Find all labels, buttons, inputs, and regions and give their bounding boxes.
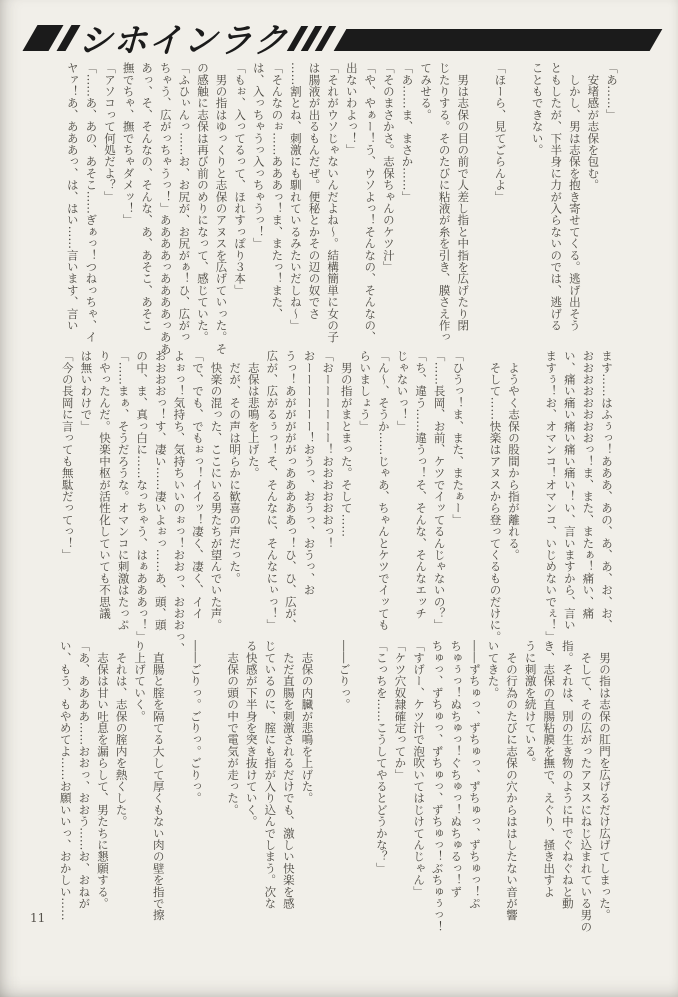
text-column: 「で、でも、でもぉっ！イイッ！凄く、凄く、イイ — [188, 350, 207, 644]
text-column: ただ直腸を刺激されるだけでも、激しい快楽を感 — [279, 640, 298, 934]
text-column: 「そんなのぉ……あああっ！ま、またっ！また、 — [268, 62, 287, 356]
blank-column — [205, 640, 224, 934]
text-column: ようやく志保の股間から指が離れる。 — [504, 350, 523, 644]
text-band-top: 「あ……」 安堵感が志保を包む。 しかし、男は志保を抱き寄せてくる。逃げ出そう … — [61, 62, 621, 356]
text-column: き、志保の直腸粘膜を撫で、えぐり、掻き出すよ — [540, 640, 559, 934]
text-column: 「ひうっ！ま、また、またぁー」 — [449, 350, 468, 644]
text-column: 「……長岡、お前、ケツでイッてるんじゃないの？」 — [430, 350, 449, 644]
scanned-book-page: シホインラク 「あ……」 安堵感が志保を包む。 しかし、男は志保を抱き寄せてくる… — [0, 0, 678, 997]
text-band-bottom: 男の指は志保の肛門を広げるだけ広げてしまった。 そして、その広がったアヌスにねじ… — [54, 640, 614, 934]
text-column: 「や、やぁー！う、ウソよっ！そんなの、そんなの、 — [361, 62, 380, 356]
text-band-middle: ます……はふぅっ！あああ、あの、あ、あ、お、お、 おおおおおおおおっ！ま、また、… — [56, 350, 616, 644]
text-column: りやったんだ。快楽中枢が活性化していても不思議 — [95, 350, 114, 644]
text-column: 「ケツ穴奴隷確定ってか」 — [391, 640, 410, 934]
text-column: 「……あ、あの、あそこ……ぎぁっ！つねっちゃ、イ — [82, 62, 101, 356]
text-column: る快感が下半身を突き抜けていく。 — [242, 640, 261, 934]
text-column: よぉっ！気持ち、気持ちいいのぉっ！おおっ、おおおっ、 — [170, 350, 189, 644]
text-column: 男は志保の目の前で人差し指と中指を広げたり閉 — [454, 62, 473, 356]
text-column: おーーーーーー！おうっ、おうっ、おうっ、お — [300, 350, 319, 644]
banner-rule-bar — [334, 29, 663, 51]
text-column: 「あ……」 — [602, 62, 621, 356]
text-column: うっ！あがががががっあああああっ！ひ、ひ、広が、 — [281, 350, 300, 644]
text-column: 「今の長岡に言っても無駄だってっ！」 — [58, 350, 77, 644]
text-column: ます……はふぅっ！あああ、あの、あ、あ、お、お、 — [597, 350, 616, 644]
text-column: てみせる。 — [416, 62, 435, 356]
text-column: 男の指はゆっくりと志保のアヌスを広げていった。そ — [212, 62, 231, 356]
text-column: だが、その声は明らかに歓喜の声だった。 — [226, 350, 245, 644]
text-column: 指。それは、別の生き物のように中でぐねぐねと動 — [558, 640, 577, 934]
text-column: い、痛い痛い痛い痛い痛い！い、言いますから、言い — [560, 350, 579, 644]
page-number: 11 — [30, 911, 45, 925]
text-column: ――ずちゅっ、ずちゅっ、ずちゅっ、ずちゅっ！ぷ — [465, 640, 484, 934]
text-column: 「それがウソじゃないんだよね〜。結構簡単に女の子 — [324, 62, 343, 356]
text-column: 「アソコって何処だよ？」 — [100, 62, 119, 356]
text-column: そして、その広がったアヌスにねじ込まれている男の — [577, 640, 596, 934]
text-column: 出ないわよっ！」 — [342, 62, 361, 356]
text-column: ――ごりっ。ごりっ。ごりっ。 — [186, 640, 205, 934]
text-column: いてきた。 — [484, 640, 503, 934]
text-column: じたりする。そのたびに粘液が糸を引き、膜さえ作っ — [435, 62, 454, 356]
text-column: それは、志保の腟内を熱くした。 — [112, 640, 131, 934]
text-column: うに刺激を続けている。 — [521, 640, 540, 934]
text-column: 「あ、ああああ……おおっ、おおう……お、おねが — [75, 640, 94, 934]
text-column: 安堵感が志保を包む。 — [584, 62, 603, 356]
text-column: 「ち、違う……違うっ！そ、そんな、そんなエッチ — [411, 350, 430, 644]
text-column: は、入っちゃうっ入っちゃうっ！」 — [249, 62, 268, 356]
blank-column — [509, 62, 528, 356]
text-column: おおおおおおおおっ！ま、また、またぁ！痛い、痛 — [579, 350, 598, 644]
blank-column — [523, 350, 542, 644]
text-column: 広が、広がるぅっ！そ、そんなに、そんなにぃっ！」 — [263, 350, 282, 644]
text-column: 「あ……ま、まさか……」 — [398, 62, 417, 356]
text-column: 志保の内臓が悲鳴を上げた。 — [298, 640, 317, 934]
blank-column — [354, 640, 373, 934]
text-column: ちゅっ、ずちゅっ、ずちゅっ、ずちゅっ！ぶちゅぅっ！ — [428, 640, 447, 934]
text-column: ちゅぅっ！ぬちゅっ！ぐちゅっ！ぬちゅるっ！ず — [447, 640, 466, 934]
text-column: 志保は甘い吐息を漏らして、男たちに懇願する。 — [93, 640, 112, 934]
text-column: ちゃう、広がっちゃうっ！」ああああっああああっああ — [156, 62, 175, 356]
text-column: しかし、男は志保を抱き寄せてくる。逃げ出そう — [565, 62, 584, 356]
text-column: は腸液が出るもんだぜ。便秘とかその辺の奴でさ — [305, 62, 324, 356]
text-column: 志保の頭の中で電気が走った。 — [224, 640, 243, 934]
text-column: 「ほーら、見てごらんよ」 — [491, 62, 510, 356]
text-column: 快楽の混った、ここにいる男たちが望んでいた声。 — [207, 350, 226, 644]
text-column: 「すげー、ケツ汁で泡吹いてはじけてんじゃん」 — [409, 640, 428, 934]
text-column: 直腸と腟を隔てる大して厚くもない肉の壁を指で擦 — [149, 640, 168, 934]
text-column: 「……まぁ、そうだろうな。オマンコに刺激はたっぷ — [114, 350, 133, 644]
text-column: 撫でちゃ、撫でちゃダメッ！」 — [119, 62, 138, 356]
text-column: らいましょう」 — [356, 350, 375, 644]
blank-column — [317, 640, 336, 934]
text-column: 「ふひぃんっ……お、お尻が、お尻がぁ！ひ、広がっ — [175, 62, 194, 356]
text-column: あっ、そ、そんなの、そんな、あ、あそこ、あそこ — [138, 62, 157, 356]
text-column: 志保は悲鳴を上げた。 — [244, 350, 263, 644]
text-column: おおおおっ！す、凄い……凄いよぉっ……あ、頭、頭 — [151, 350, 170, 644]
title-banner: シホインラク — [0, 0, 678, 70]
text-column: ――ごりっ。 — [335, 640, 354, 934]
text-column: 「そのまさかさ。志保ちゃんのケツ汁」 — [379, 62, 398, 356]
text-column: 「もぉ、入ってるって、ほれすっぽり３本」 — [231, 62, 250, 356]
text-column: ……割とね、刺激にも馴れているみたいだしね〜」 — [286, 62, 305, 356]
text-column: い、もう、もやめてよ……お願いいっ、おかしい…… — [56, 640, 75, 934]
text-column: 「ん〜、そうか……じゃあ、ちゃんとケツでイッても — [374, 350, 393, 644]
text-column: じゃないっ！」 — [393, 350, 412, 644]
text-column: 「こっちを……こうしてやるとどうかな？」 — [372, 640, 391, 934]
text-column: ますぅ！お、オマンコ！オマンコ、いじめないでぇ！」 — [542, 350, 561, 644]
text-column: の中、ま、真っ白に……なっちゃう、はぁあああっ！」 — [133, 350, 152, 644]
text-column: ともしたが、下半身に力が入らないのでは、逃げる — [547, 62, 566, 356]
blank-column — [168, 640, 187, 934]
page-title: シホインラク — [75, 13, 299, 62]
blank-column — [472, 62, 491, 356]
text-column: の感触に志保は再び前のめりになって、感じていた。 — [193, 62, 212, 356]
text-column: 男の指は志保の肛門を広げるだけ広げてしまった。 — [595, 640, 614, 934]
text-column: り上げていく。 — [131, 640, 150, 934]
text-column: は無いわけで」 — [77, 350, 96, 644]
text-column: 「おーーーーーー！おおおおおおっ！ — [319, 350, 338, 644]
text-column: その行為のたびに志保の穴からははしたない音が響 — [502, 640, 521, 934]
text-column: 男の指がまとまった。そして…… — [337, 350, 356, 644]
text-column: こともできない。 — [528, 62, 547, 356]
text-column: ヤァ！あ、あああっ、は、はい……言います、言い — [63, 62, 82, 356]
text-column: じているのに、腟にも指が入り込んでしまう。次な — [261, 640, 280, 934]
blank-column — [467, 350, 486, 644]
text-column: そして……快楽はアヌスから登ってくるものだけに。 — [486, 350, 505, 644]
